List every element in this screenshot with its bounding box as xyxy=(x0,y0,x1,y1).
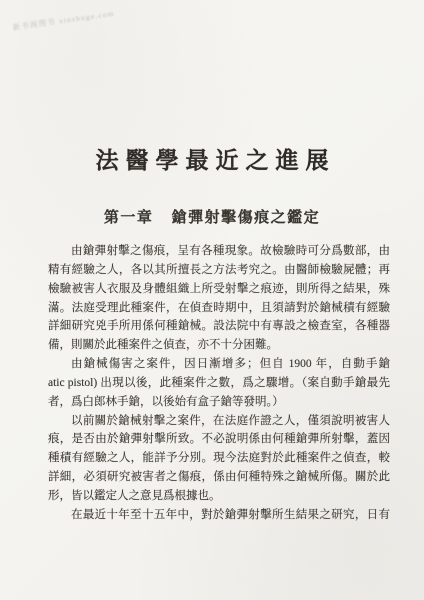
text-line: 精有經驗之人，各以其所擅長之方法考究之。由醫師檢驗屍體；再詳細 xyxy=(48,261,390,280)
scanned-book-page: 新书阁图书 xinshuge.com 法醫學最近之進展 第一章 鎗彈射擊傷痕之鑑… xyxy=(0,0,424,600)
text-line: 滿。法庭受理此種案件，在偵查時期中，且須請對於鎗械積有經驗之人， xyxy=(48,299,390,318)
text-line: 者，爲白郎林手鎗，以後始有盒子鎗等發明。） xyxy=(48,393,390,412)
text-line: 由鎗械傷害之案件，因日漸增多；但自 1900 年，自動手鎗 (autom- xyxy=(48,355,390,374)
text-line: 檢驗被害人衣服及身體組織上所受射擊之痕迹，則所得之結果，殊可謂 xyxy=(48,280,390,299)
chapter-title: 鎗彈射擊傷痕之鑑定 xyxy=(172,210,321,226)
text-line: 痕，是否由於鎗彈射擊所致。不必說明係由何種鎗彈所射擊，蓋因無此 xyxy=(48,430,390,449)
chapter-number: 第一章 xyxy=(104,210,154,226)
text-line: 種積有經驗之人，能詳予分別。現今法庭對於此種案件之偵查，較昔時 xyxy=(48,449,390,468)
text-line: atic pistol) 出現以後，此種案件之數，爲之驟增。（案自動手鎗最先發明 xyxy=(48,374,390,393)
body-text: 由鎗彈射擊之傷痕，呈有各種現象。故檢驗時可分爲數部，由多數精有經驗之人，各以其所… xyxy=(0,242,424,525)
text-line: 備，則關於此種案件之偵查，亦不十分困難。 xyxy=(48,336,390,355)
text-line: 以前關於鎗械射擊之案件，在法庭作證之人，僅須說明被害人之傷 xyxy=(48,412,390,431)
text-line: 詳細研究兇手所用係何種鎗械。設法院中有專設之檢查室，各種器械完 xyxy=(48,317,390,336)
text-line: 由鎗彈射擊之傷痕，呈有各種現象。故檢驗時可分爲數部，由多數 xyxy=(48,242,390,261)
text-line: 在最近十年至十五年中，對於鎗彈射擊所生結果之研究，日有進 xyxy=(48,506,390,525)
book-title: 法醫學最近之進展 xyxy=(0,0,424,175)
chapter-heading: 第一章 鎗彈射擊傷痕之鑑定 xyxy=(0,206,424,227)
text-line: 形，皆以鑑定人之意見爲根據也。 xyxy=(48,487,390,506)
text-line: 詳細，必須研究被害者之傷痕，係由何種特殊之鎗械所傷。關於此種情 xyxy=(48,468,390,487)
